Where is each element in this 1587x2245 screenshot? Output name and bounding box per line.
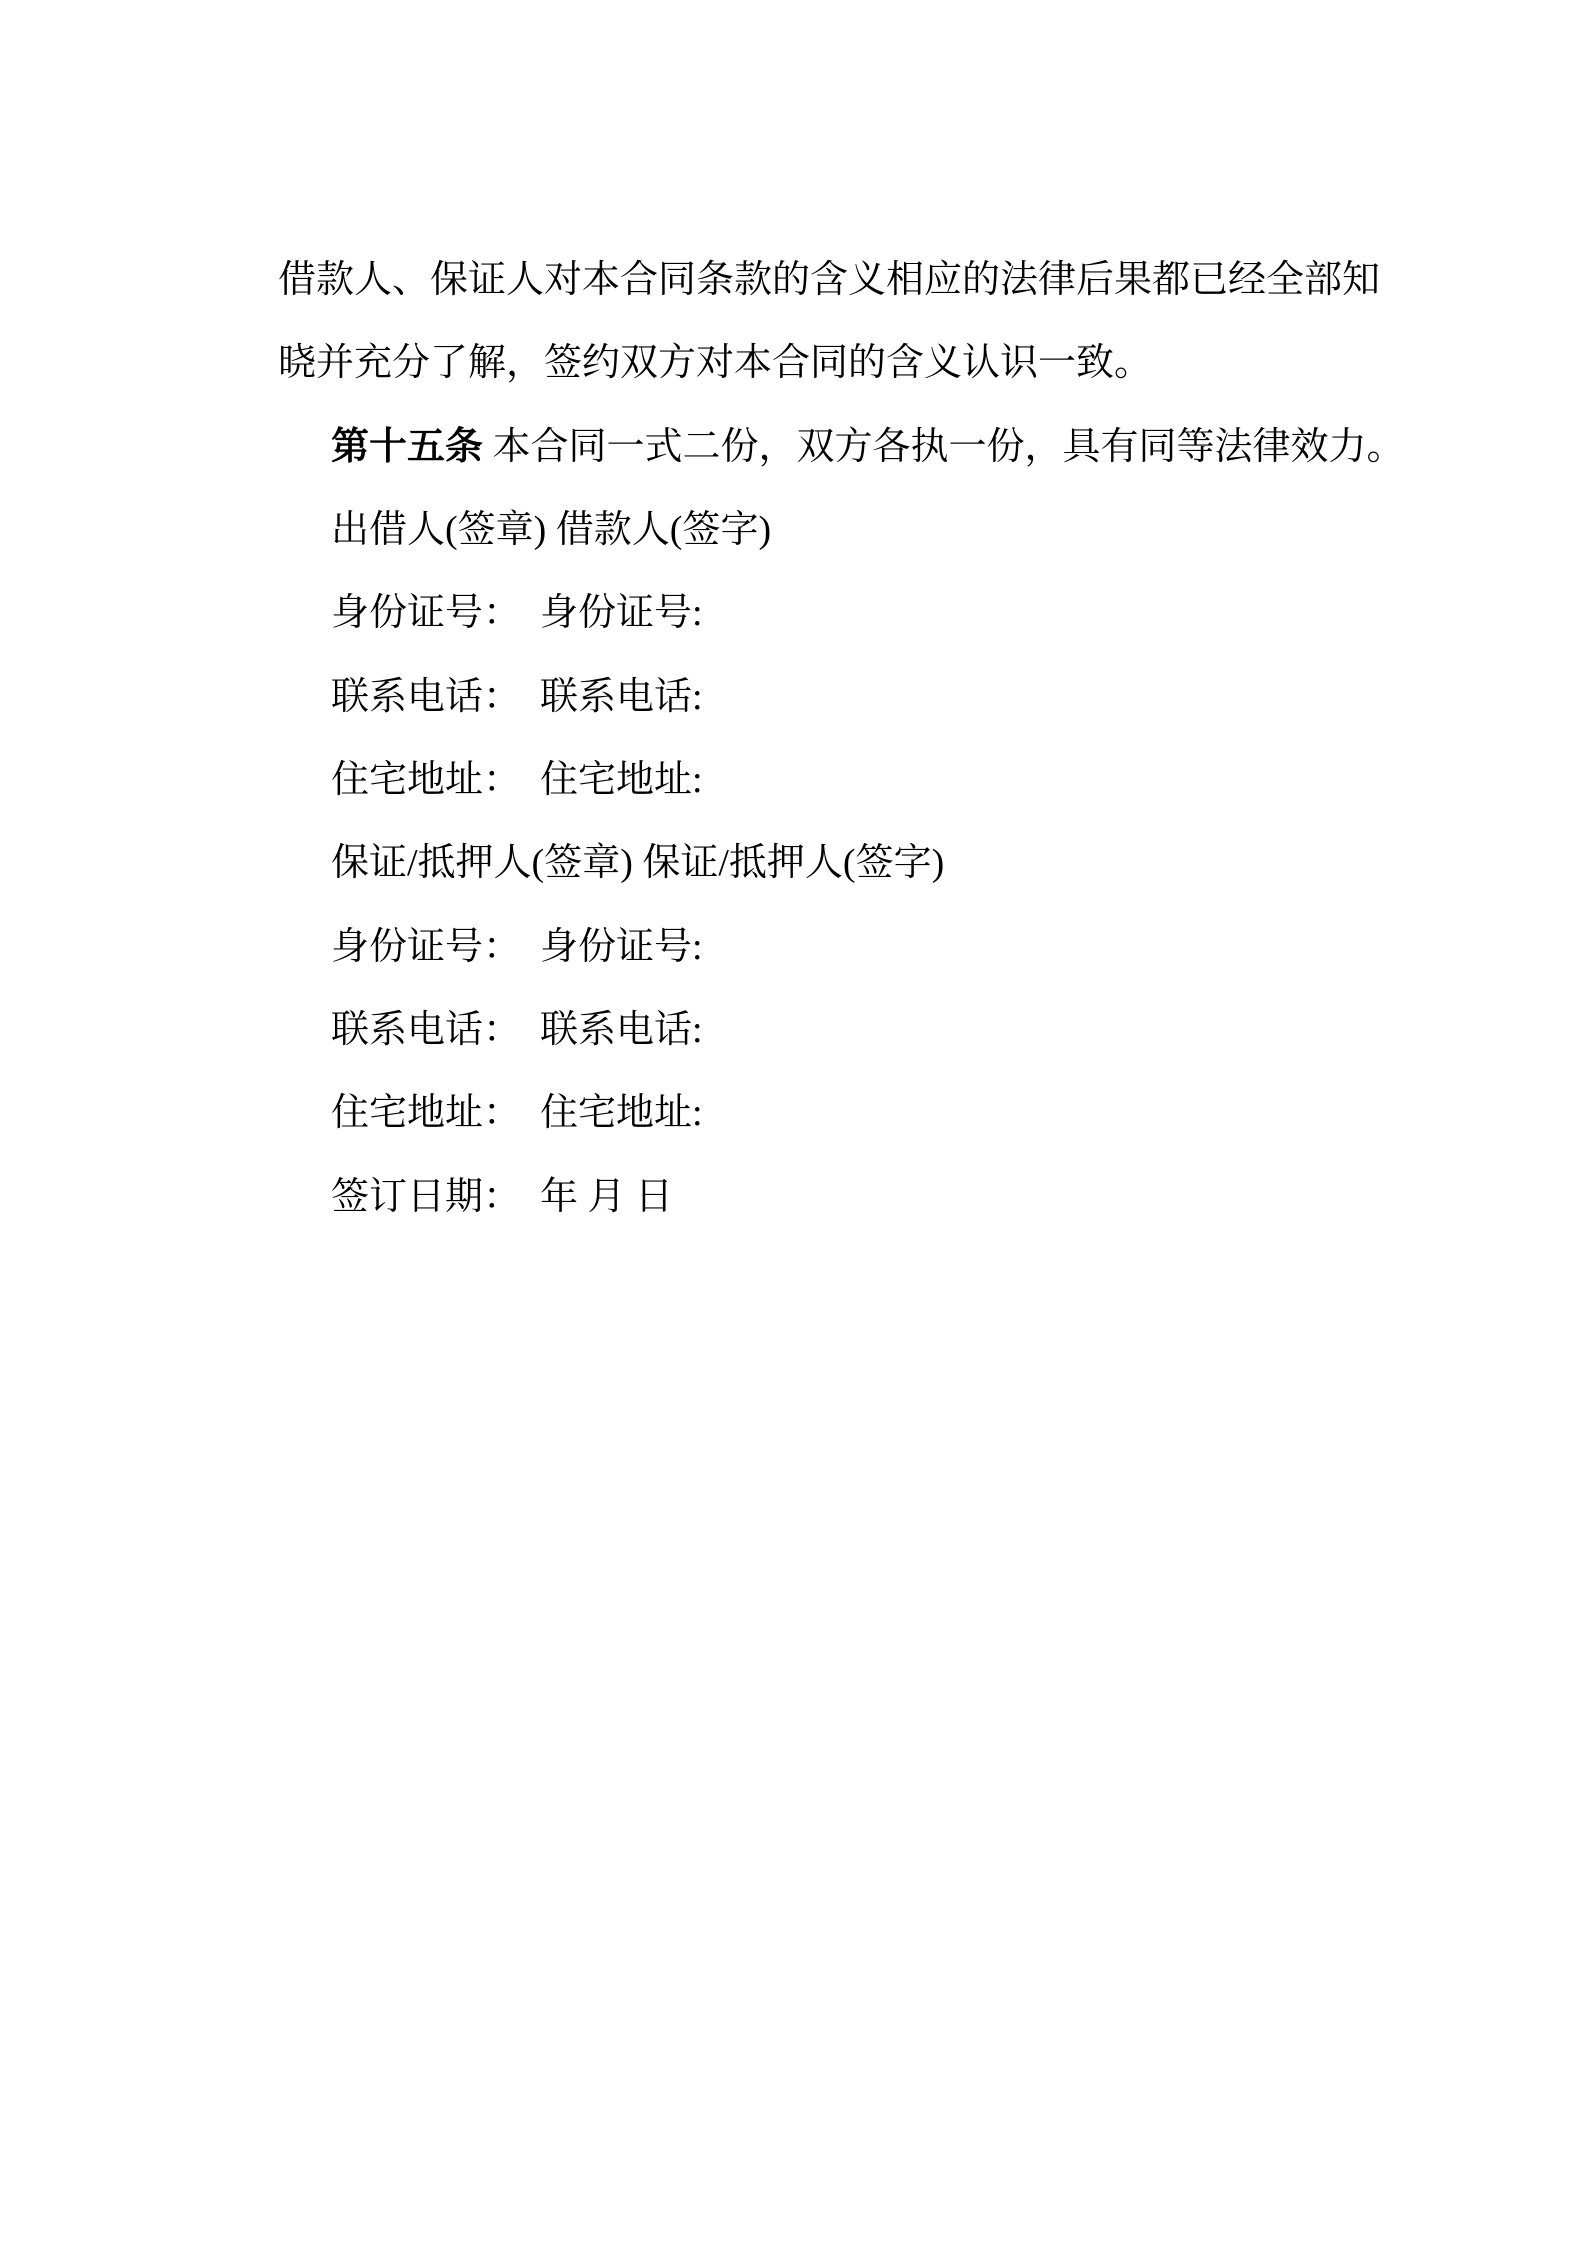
signing-date-line: 签订日期： 年 月 日 <box>293 1128 673 1266</box>
line-text: 签订日期： 年 月 日 <box>331 1176 673 1218</box>
document-page: 借款人、保证人对本合同条款的含义相应的法律后果都已经全部知 晓并充分了解，签约双… <box>0 0 1587 2245</box>
